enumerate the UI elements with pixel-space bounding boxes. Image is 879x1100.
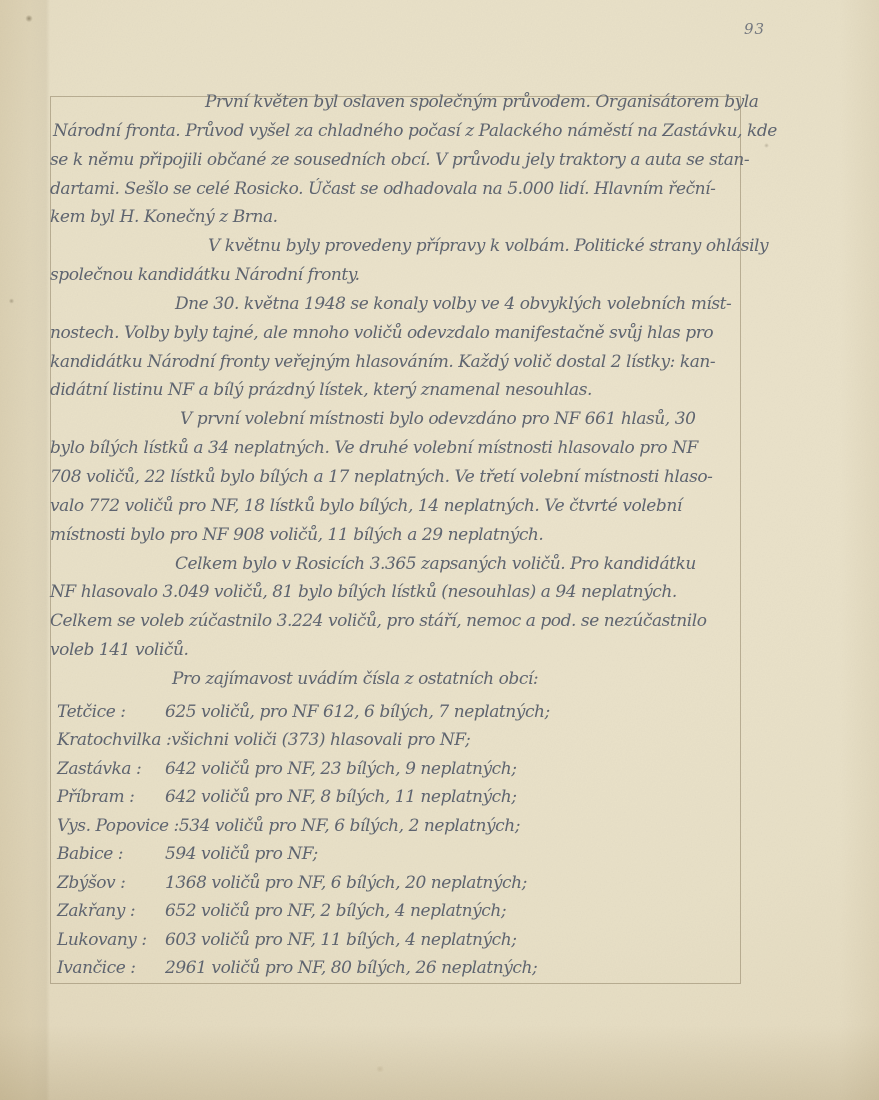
handwritten-line: bylo bílých lístků a 34 neplatných. Ve d… [50, 434, 741, 463]
village-row: Kratochvilka :všichni voliči (373) hlaso… [57, 726, 741, 754]
village-result: 625 voličů, pro NF 612, 6 bílých, 7 nepl… [165, 702, 550, 722]
page-right-shadow [839, 0, 879, 1100]
paper-stain [25, 15, 33, 22]
village-row: Zakřany :652 voličů pro NF, 2 bílých, 4 … [57, 897, 741, 925]
handwritten-line: NF hlasovalo 3.049 voličů, 81 bylo bílýc… [50, 578, 741, 607]
village-result: 603 voličů pro NF, 11 bílých, 4 neplatný… [165, 930, 517, 950]
handwritten-line: 708 voličů, 22 lístků bylo bílých a 17 n… [50, 463, 741, 492]
handwritten-line: voleb 141 voličů. [50, 636, 741, 665]
village-name: Ivančice : [57, 954, 165, 982]
handwritten-text-block: První květen byl oslaven společným průvo… [50, 88, 741, 694]
village-name: Příbram : [57, 783, 165, 811]
handwritten-line: místnosti bylo pro NF 908 voličů, 11 bíl… [50, 521, 741, 550]
handwritten-line: Celkem se voleb zúčastnilo 3.224 voličů,… [50, 607, 741, 636]
handwritten-line: společnou kandidátku Národní fronty. [50, 261, 741, 290]
village-name: Zakřany : [57, 897, 165, 925]
handwritten-line: dartami. Sešlo se celé Rosicko. Účast se… [50, 175, 741, 204]
village-name: Tetčice : [57, 698, 165, 726]
handwritten-line: nostech. Volby byly tajné, ale mnoho vol… [50, 319, 741, 348]
village-name: Kratochvilka : [57, 726, 171, 754]
scanned-chronicle-page: 93 První květen byl oslaven společným pr… [0, 0, 879, 1100]
village-row: Tetčice :625 voličů, pro NF 612, 6 bílýc… [57, 698, 741, 726]
village-name: Lukovany : [57, 926, 165, 954]
village-result: 2961 voličů pro NF, 80 bílých, 26 neplat… [165, 958, 537, 978]
village-name: Vys. Popovice : [57, 812, 179, 840]
village-name: Zbýšov : [57, 869, 165, 897]
village-row: Vys. Popovice :534 voličů pro NF, 6 bílý… [57, 812, 741, 840]
handwritten-line: V květnu byly provedeny přípravy k volbá… [50, 232, 741, 261]
handwritten-line: kandidátku Národní fronty veřejným hlaso… [50, 348, 741, 377]
village-row: Zbýšov :1368 voličů pro NF, 6 bílých, 20… [57, 869, 741, 897]
handwritten-line: valo 772 voličů pro NF, 18 lístků bylo b… [50, 492, 741, 521]
paper-stain [764, 143, 769, 148]
village-result: 534 voličů pro NF, 6 bílých, 2 neplatnýc… [179, 816, 520, 836]
village-name: Babice : [57, 840, 165, 868]
page-number: 93 [744, 20, 765, 38]
village-result: 642 voličů pro NF, 23 bílých, 9 neplatný… [165, 759, 517, 779]
binding-gutter-shade [0, 0, 50, 1100]
village-result: 1368 voličů pro NF, 6 bílých, 20 neplatn… [165, 873, 527, 893]
village-name: Zastávka : [57, 755, 165, 783]
handwritten-line: První květen byl oslaven společným průvo… [50, 88, 741, 117]
handwritten-line: Pro zajímavost uvádím čísla z ostatních … [50, 665, 741, 694]
handwritten-line: V první volební místnosti bylo odevzdáno… [50, 405, 741, 434]
village-result: 594 voličů pro NF; [165, 844, 318, 864]
handwritten-line: se k němu připojili občané ze sousedních… [50, 146, 741, 175]
page-bottom-shadow [0, 1025, 879, 1100]
handwritten-line: Dne 30. května 1948 se konaly volby ve 4… [50, 290, 741, 319]
paper-stain [375, 1066, 385, 1072]
handwritten-line: kem byl H. Konečný z Brna. [50, 203, 741, 232]
handwritten-line: Celkem bylo v Rosicích 3.365 zapsaných v… [50, 550, 741, 579]
village-result: 642 voličů pro NF, 8 bílých, 11 neplatný… [165, 787, 517, 807]
village-result: všichni voliči (373) hlasovali pro NF; [171, 730, 470, 750]
village-row: Zastávka :642 voličů pro NF, 23 bílých, … [57, 755, 741, 783]
handwritten-line: didátní listinu NF a bílý prázdný lístek… [50, 376, 741, 405]
village-row: Ivančice :2961 voličů pro NF, 80 bílých,… [57, 954, 741, 982]
village-results-list: Tetčice :625 voličů, pro NF 612, 6 bílýc… [57, 698, 741, 982]
village-result: 652 voličů pro NF, 2 bílých, 4 neplatnýc… [165, 901, 506, 921]
village-row: Příbram :642 voličů pro NF, 8 bílých, 11… [57, 783, 741, 811]
handwritten-line: Národní fronta. Průvod vyšel za chladnéh… [50, 117, 741, 146]
paper-stain [9, 298, 14, 304]
village-row: Babice :594 voličů pro NF; [57, 840, 741, 868]
village-row: Lukovany :603 voličů pro NF, 11 bílých, … [57, 926, 741, 954]
